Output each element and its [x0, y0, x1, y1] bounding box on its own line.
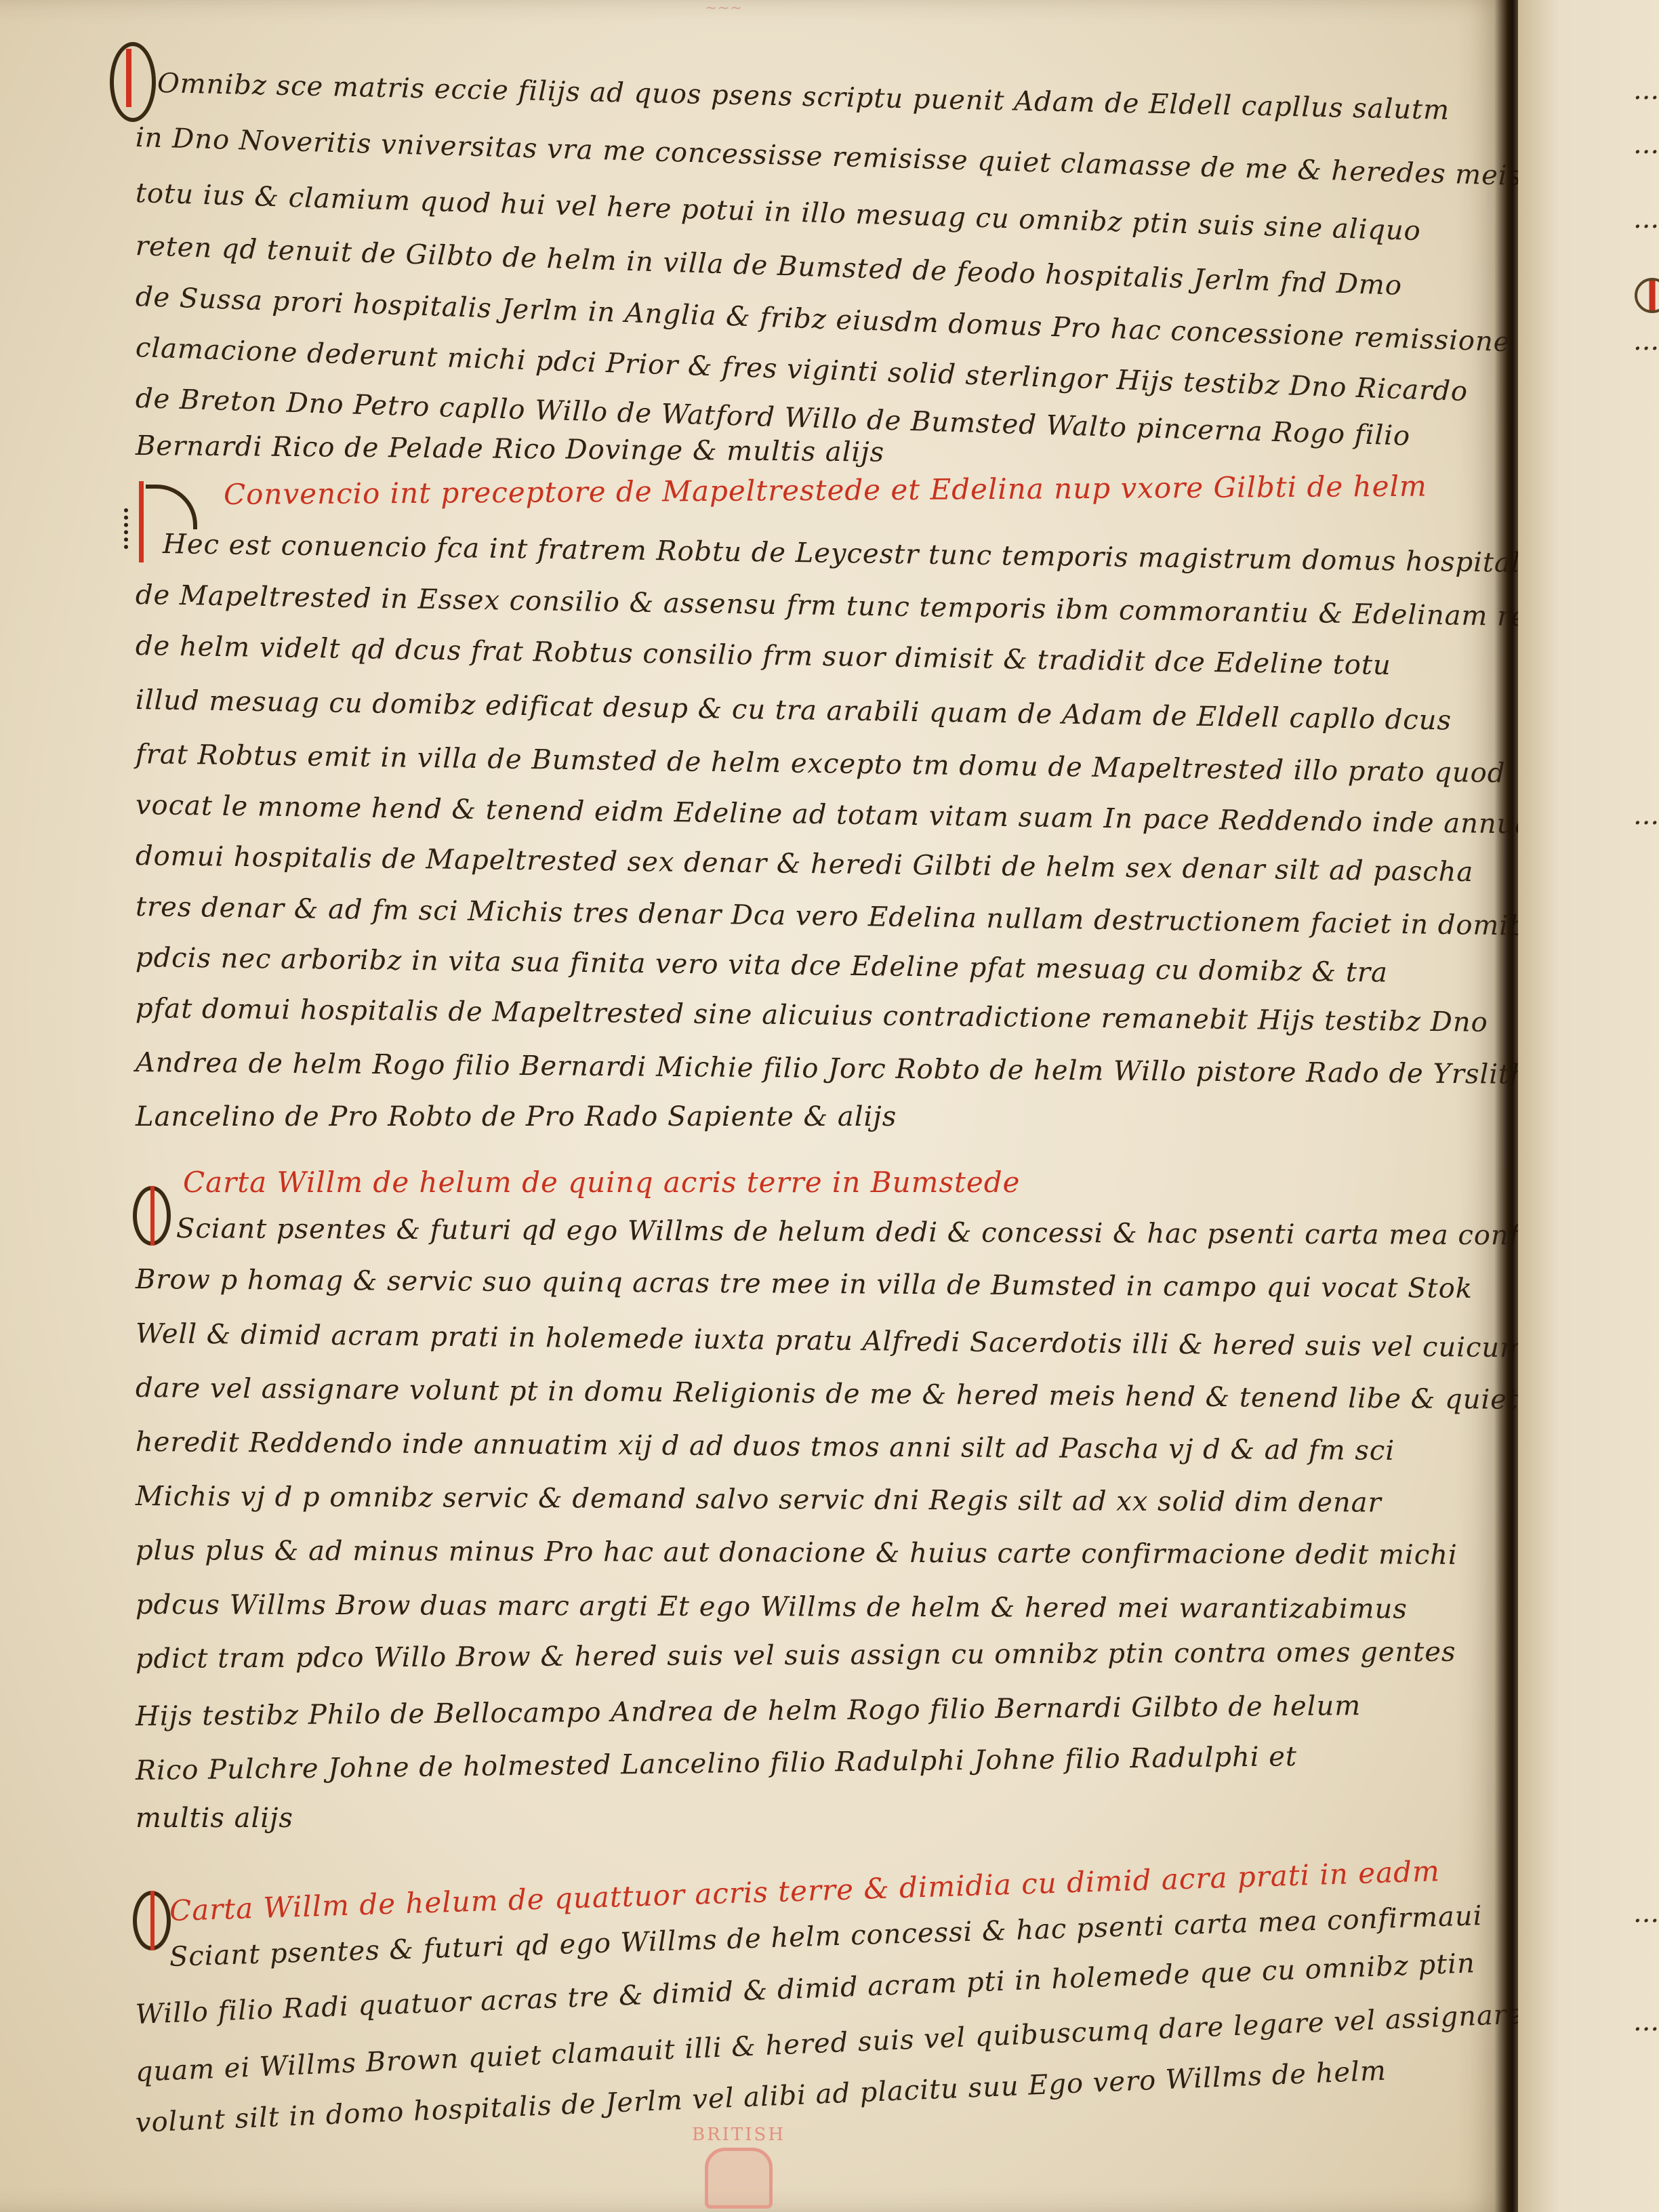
facing-text-fragment: ...a: [1633, 75, 1659, 106]
text-line: illud mesuag cu domibz edificat desup & …: [136, 684, 1452, 737]
facing-text-fragment: ...la: [1633, 1898, 1659, 1929]
facing-text-fragment: ...ti: [1633, 129, 1659, 160]
facing-page: ...a ...ti ...m ...s ...n ...la ...nd: [1518, 0, 1659, 2212]
section-rubric: Convencio int preceptore de Mapeltrested…: [224, 470, 1427, 511]
section-rubric: Carta Willm de helum de quinq acris terr…: [183, 1166, 1021, 1199]
text-line: Omnibz sce matris eccie filijs ad quos p…: [157, 68, 1450, 126]
text-line: domui hospitalis de Mapeltrested sex den…: [136, 840, 1474, 888]
text-line: Well & dimid acram prati in holemede iux…: [136, 1318, 1544, 1364]
british-museum-stamp: BRITISH: [691, 2125, 786, 2212]
text-line: heredit Reddendo inde annuatim xij d ad …: [136, 1427, 1395, 1467]
stamp-text: BRITISH: [691, 2125, 786, 2145]
text-line: pdict tram pdco Willo Brow & hered suis …: [136, 1637, 1456, 1675]
text-line: Bernardi Rico de Pelade Rico Dovinge & m…: [136, 430, 885, 468]
facing-text-fragment: ...nd: [1633, 2006, 1659, 2037]
text-line: Brow p homag & servic suo quinq acras tr…: [136, 1264, 1473, 1305]
facing-text-fragment: ...n: [1633, 800, 1659, 831]
text-line: de Mapeltrested in Essex consilio & asse…: [136, 579, 1659, 635]
text-line: plus plus & ad minus minus Pro hac aut d…: [136, 1535, 1458, 1571]
crown-icon: [705, 2148, 773, 2209]
text-line: Hec est conuencio fca int fratrem Robtu …: [163, 529, 1659, 581]
facing-text-fragment: ...s: [1633, 325, 1659, 356]
facing-text-fragment: ...m: [1633, 203, 1659, 234]
text-line: pfat domui hospitalis de Mapeltrested si…: [136, 993, 1488, 1038]
text-line: tres denar & ad fm sci Michis tres denar…: [136, 891, 1542, 942]
initial-O-ring: [110, 42, 156, 122]
text-line: dare vel assignare volunt pt in domu Rel…: [136, 1372, 1519, 1416]
text-line: Andrea de helm Rogo filio Bernardi Michi…: [136, 1047, 1528, 1090]
text-line: frat Robtus emit in villa de Bumsted de …: [136, 739, 1506, 789]
decorated-initial-O: [126, 49, 133, 107]
manuscript-page: ~~~ Omnibz sce matris eccie filijs ad qu…: [0, 0, 1508, 2212]
text-line: Michis vj d p omnibz servic & demand sal…: [136, 1481, 1382, 1519]
text-line: multis alijs: [136, 1803, 293, 1834]
text-line: pdcis nec arboribz in vita sua finita ve…: [136, 942, 1389, 989]
bleed-through-text: ~~~: [705, 0, 881, 15]
text-line: vocat le mnome hend & tenend eidm Edelin…: [136, 790, 1580, 841]
decorated-initial-S: [150, 1186, 156, 1246]
facing-decorated-initial: [1635, 278, 1659, 313]
text-line: de helm videlt qd dcus frat Robtus consi…: [136, 630, 1391, 681]
text-line: Lancelino de Pro Robto de Pro Rado Sapie…: [136, 1101, 897, 1132]
text-line: Rico Pulchre Johne de holmested Lancelin…: [136, 1741, 1297, 1786]
decorated-initial-S: [150, 1891, 156, 1950]
text-line: pdcus Willms Brow duas marc argti Et ego…: [136, 1589, 1408, 1625]
text-line: Hijs testibz Philo de Bellocampo Andrea …: [136, 1690, 1361, 1732]
text-line: Sciant psentes & futuri qd ego Willms de…: [176, 1213, 1659, 1252]
